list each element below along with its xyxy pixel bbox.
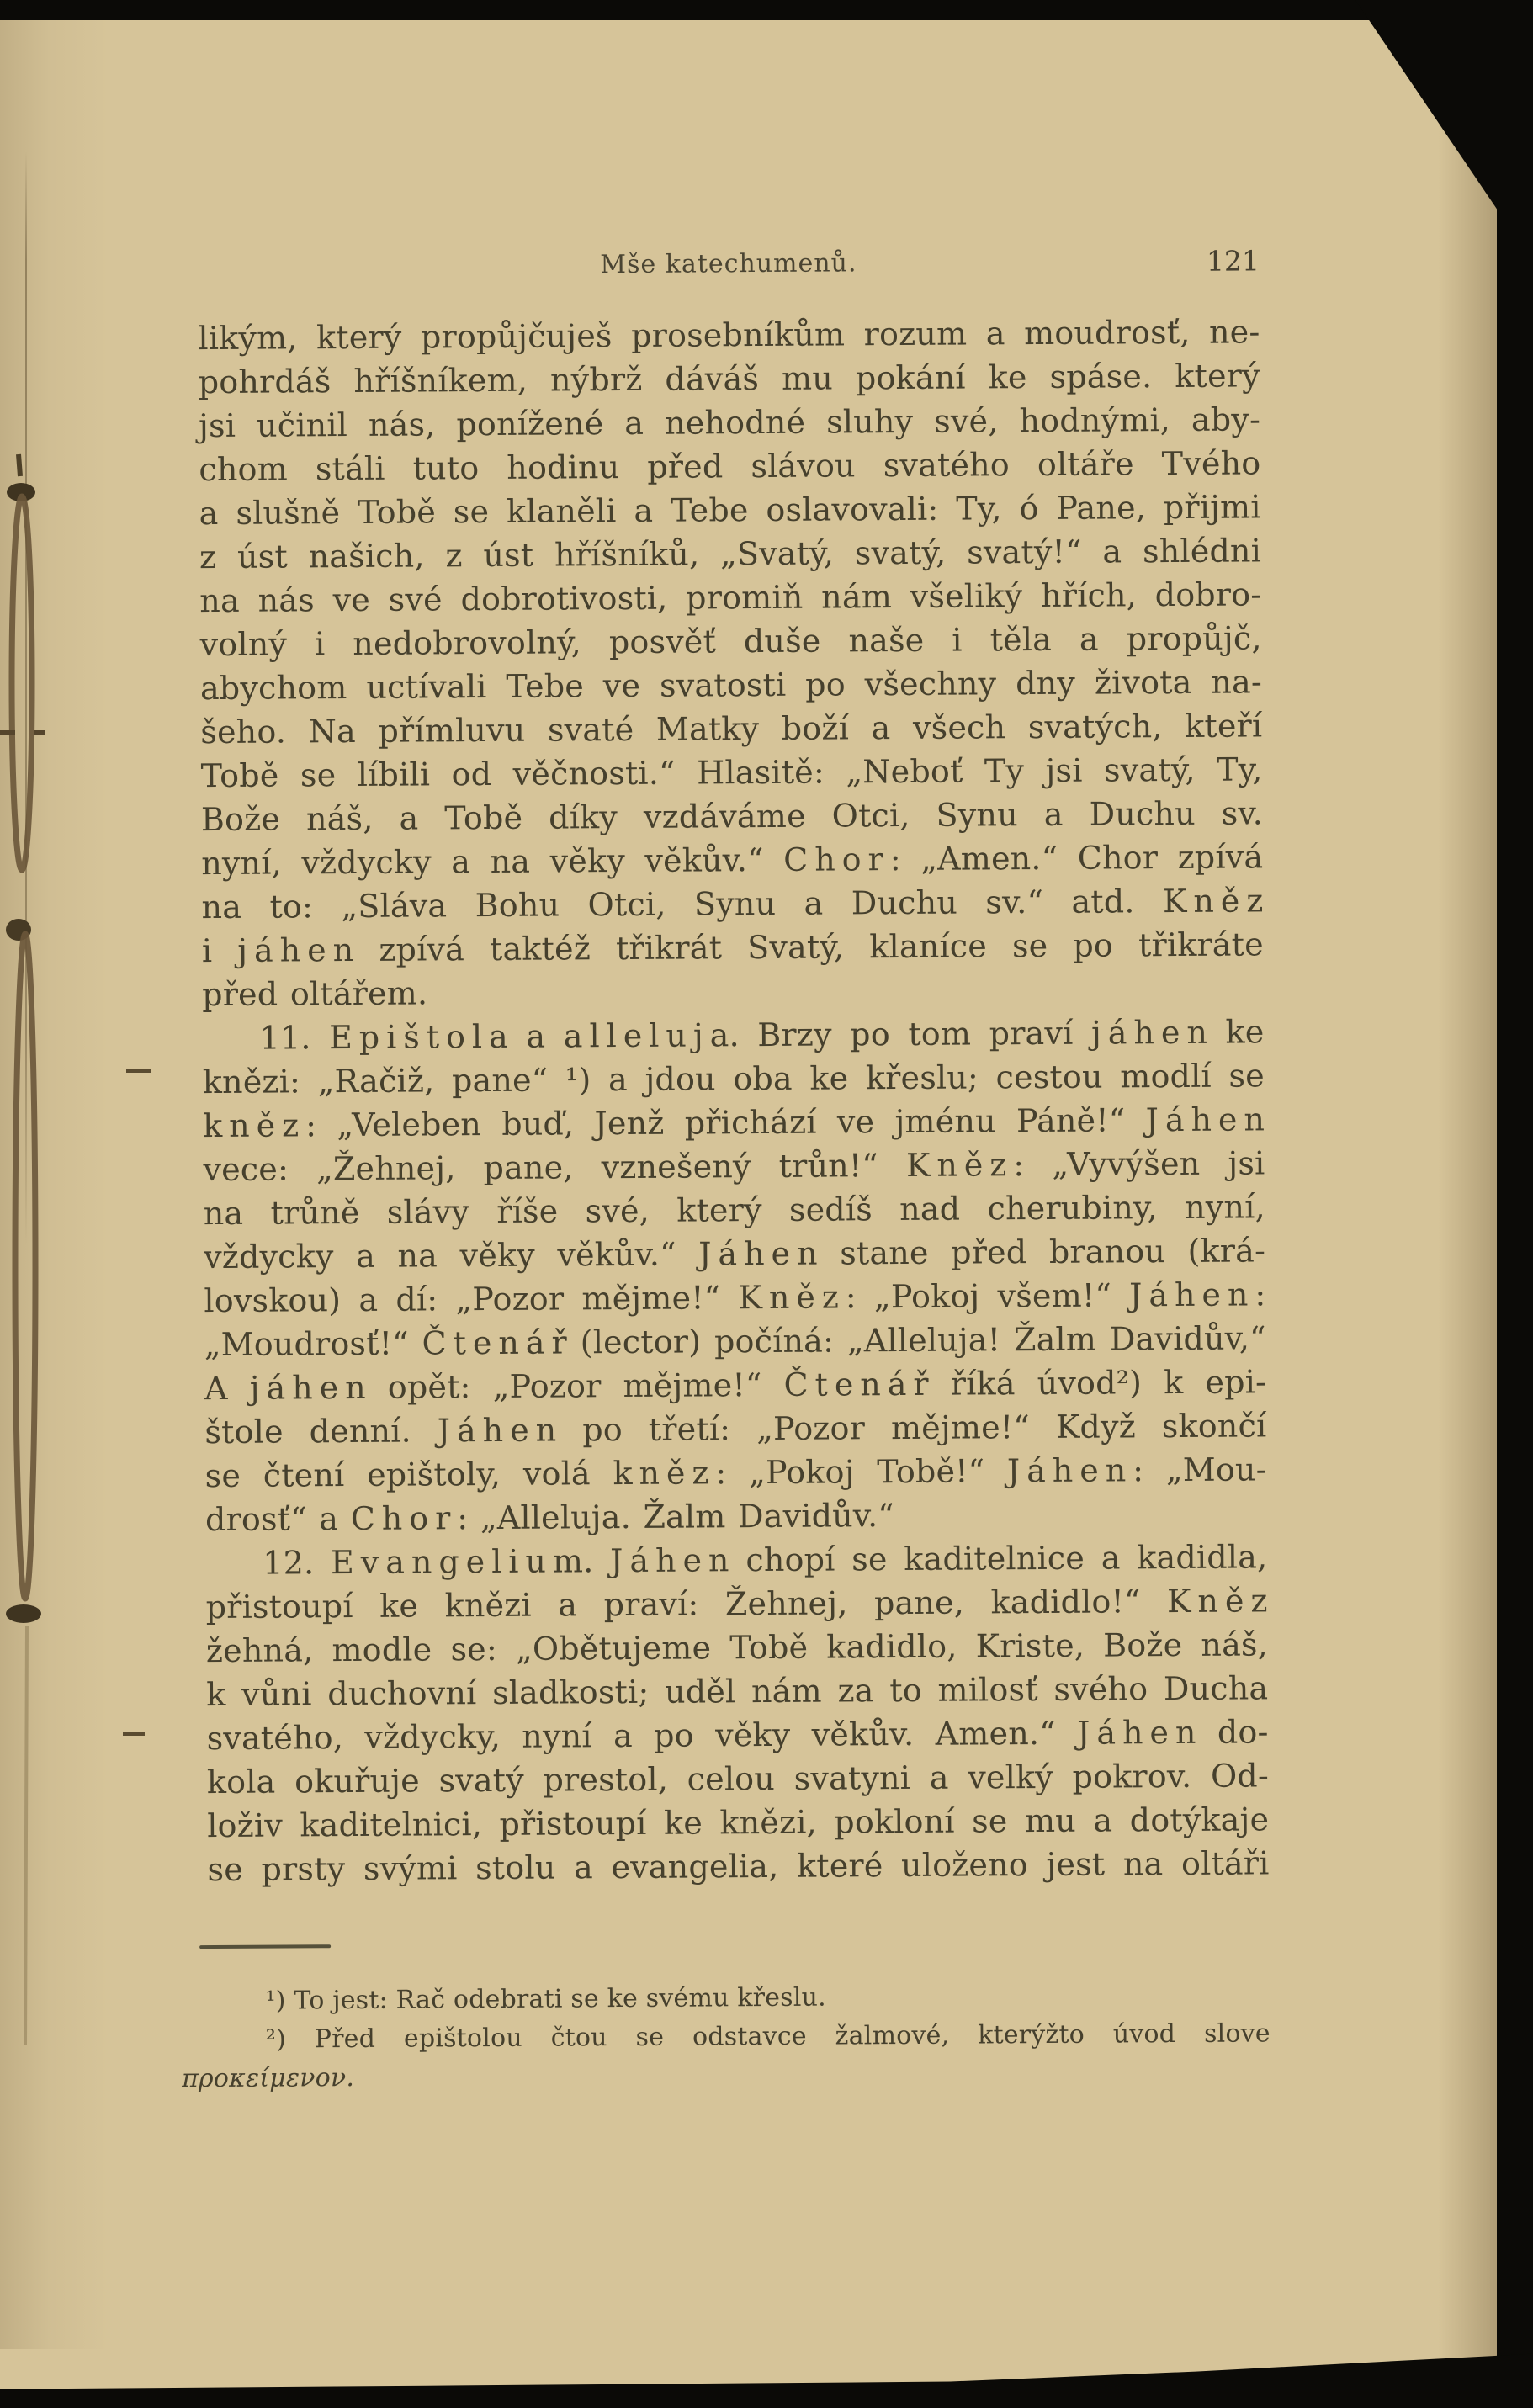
- text-line: Bože náš, a Tobě díky vzdáváme Otci, Syn…: [201, 791, 1263, 841]
- text-line: 11. E p i š t o l a a a l l e l u j a. B…: [202, 1010, 1264, 1060]
- text-line: vece: „Žehnej, pane, vznešený trůn!“ K n…: [203, 1141, 1265, 1191]
- text-line: i j á h e n zpívá taktéž třikrát Svatý, …: [202, 922, 1264, 973]
- text-line: se čtení epištoly, volá k n ě z : „Pokoj…: [205, 1447, 1267, 1498]
- text-line: kola okuřuje svatý prestol, celou svatyn…: [207, 1753, 1269, 1804]
- text-line: před oltářem.: [202, 966, 1264, 1016]
- footnotes: ¹) To jest: Rač odebrati se ke svému kře…: [181, 1976, 1270, 2098]
- text-line: vždycky a na věky věkův.“ J á h e n stan…: [204, 1228, 1265, 1279]
- scan-edge-right: [1497, 0, 1533, 2408]
- text-line: svatého, vždycky, nyní a po věky věkův. …: [206, 1710, 1268, 1760]
- text-line: jsi učinil nás, ponížené a nehodné sluhy…: [199, 397, 1260, 448]
- text-line: štole denní. J á h e n po třetí: „Pozor …: [204, 1403, 1266, 1454]
- page-number: 121: [1207, 244, 1260, 277]
- text-line: pohrdáš hříšníkem, nýbrž dáváš mu pokání…: [199, 353, 1260, 404]
- page-content: Mše katechumenů. 121 likým, který propůj…: [0, 0, 1533, 2408]
- page-body: likým, který propůjčuješ prosebníkům roz…: [198, 310, 1269, 1891]
- text-line: likým, který propůjčuješ prosebníkům roz…: [198, 310, 1260, 360]
- text-line: šeho. Na přímluvu svaté Matky boží a vše…: [200, 703, 1262, 754]
- text-line: A j á h e n opět: „Pozor mějme!“ Č t e n…: [204, 1360, 1266, 1410]
- text-line: 12. E v a n g e l i u m. J á h e n chopí…: [205, 1535, 1267, 1585]
- text-line: k vůni duchovní sladkosti; uděl nám za t…: [206, 1666, 1268, 1716]
- text-line: a slušně Tobě se klaněli a Tebe oslavova…: [199, 485, 1261, 535]
- text-line: na nás ve své dobrotivosti, promiň nám v…: [199, 572, 1261, 623]
- text-line: přistoupí ke knězi a praví: Žehnej, pane…: [206, 1578, 1268, 1629]
- text-line: loživ kaditelnici, přistoupí ke knězi, p…: [207, 1797, 1269, 1848]
- footnote-separator: [199, 1944, 331, 1949]
- text-line: nyní, vždycky a na věky věkův.“ C h o r …: [201, 835, 1263, 885]
- text-line: knězi: „Račiž, pane“ ¹) a jdou oba ke kř…: [203, 1053, 1265, 1104]
- text-line: lovskou) a dí: „Pozor mějme!“ K n ě z : …: [204, 1272, 1265, 1323]
- running-header: Mše katechumenů. 121: [198, 246, 1260, 289]
- text-line: na to: „Sláva Bohu Otci, Synu a Duchu sv…: [201, 878, 1263, 929]
- footnote-line: ²) Před epištolou čtou se odstavce žalmo…: [182, 2014, 1270, 2060]
- text-line: k n ě z : „Veleben buď, Jenž přichází ve…: [203, 1097, 1265, 1148]
- scanned-book-page: { "palette": { "paper": "#d6c499", "ink"…: [0, 0, 1533, 2408]
- text-line: drosť“ a C h o r : „Alleluja. Žalm David…: [205, 1491, 1267, 1541]
- text-line: z úst našich, z úst hříšníků, „Svatý, sv…: [199, 528, 1261, 579]
- footnote-line: προκείμενον.: [182, 2053, 1270, 2098]
- text-line: abychom uctívali Tebe ve svatosti po vše…: [200, 660, 1262, 710]
- footnote-line: ¹) To jest: Rač odebrati se ke svému kře…: [181, 1976, 1270, 2021]
- text-line: Tobě se líbili od věčnosti.“ Hlasitě: „N…: [200, 747, 1262, 798]
- text-line: volný i nedobrovolný, posvěť duše naše i…: [200, 616, 1262, 666]
- text-line: na trůně slávy říše své, který sedíš nad…: [204, 1185, 1265, 1235]
- text-line: se prsty svými stolu a evangelia, které …: [207, 1841, 1269, 1891]
- scan-edge-top: [0, 0, 1533, 20]
- text-line: chom stáli tuto hodinu před slávou svaté…: [199, 441, 1260, 491]
- running-header-title: Mše katechumenů.: [198, 246, 1260, 282]
- text-line: „Moudrosť!“ Č t e n á ř (lector) počíná:…: [204, 1316, 1266, 1366]
- text-line: žehná, modle se: „Obětujeme Tobě kadidlo…: [206, 1622, 1268, 1673]
